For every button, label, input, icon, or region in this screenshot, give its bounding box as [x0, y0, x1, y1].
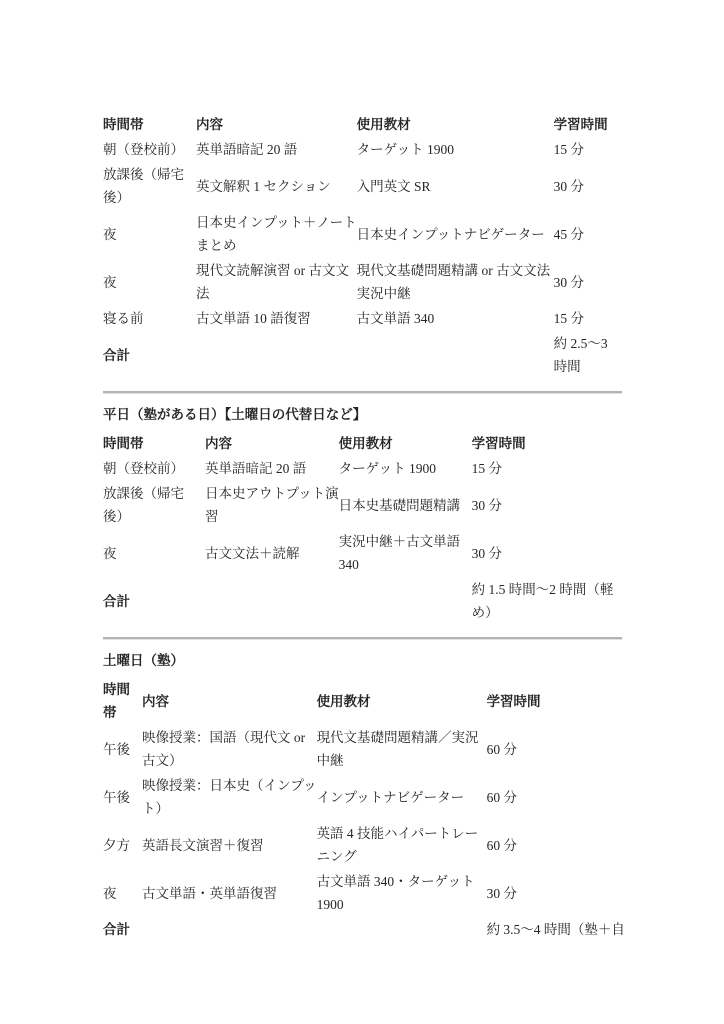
table-cell: 映像授業：日本史（インプッ ト） — [142, 773, 317, 821]
row-label: 合計 — [103, 917, 142, 942]
table-row: 寝る前古文単語 10 語復習古文単語 34015 分 — [103, 306, 644, 331]
column-header: 使用教材 — [317, 677, 487, 725]
table-cell — [196, 331, 357, 379]
table-cell: 古文単語・英単語復習 — [142, 869, 317, 917]
section-saturday-juku: 土曜日（塾） 時間 帯内容使用教材学習時間 午後映像授業：国語（現代文 or 古… — [103, 649, 724, 942]
table-cell: 英語 4 技能ハイパートレー ニング — [317, 821, 487, 869]
table-row: 合計約 1.5 時間～2 時間（軽 め） — [103, 577, 632, 625]
table-row: 夜古文文法＋読解実況中継＋古文単語 34030 分 — [103, 529, 632, 577]
row-label: 合計 — [103, 577, 205, 625]
table-cell: 古文文法＋読解 — [205, 529, 339, 577]
table-cell: 英文解釈 1 セクション — [196, 162, 357, 210]
table-row: 午後映像授業：日本史（インプッ ト）インプットナビゲーター60 分 — [103, 773, 647, 821]
column-header: 学習時間 — [554, 112, 644, 137]
schedule-table-saturday-juku: 時間 帯内容使用教材学習時間 午後映像授業：国語（現代文 or 古文）現代文基礎… — [103, 677, 647, 942]
table-cell: 30 分 — [472, 481, 632, 529]
row-label: 午後 — [103, 725, 142, 773]
table-cell: 日本史基礎問題精講 — [339, 481, 472, 529]
table-cell: 英語長文演習＋復習 — [142, 821, 317, 869]
table-row: 朝（登校前）英単語暗記 20 語ターゲット 190015 分 — [103, 456, 632, 481]
table-cell — [205, 577, 339, 625]
section-heading-weekday-juku: 平日（塾がある日）【土曜日の代替日など】 — [103, 403, 724, 427]
table-cell: 日本史インプットナビゲーター — [357, 210, 554, 258]
column-header: 内容 — [205, 431, 339, 456]
table-cell: 古文単語 340・ターゲット 1900 — [317, 869, 487, 917]
column-header: 使用教材 — [357, 112, 554, 137]
table-row: 夜現代文読解演習 or 古文文 法現代文基礎問題精講 or 古文文法 実況中継3… — [103, 258, 644, 306]
schedule-table-weekday-normal: 時間帯内容使用教材学習時間 朝（登校前）英単語暗記 20 語ターゲット 1900… — [103, 112, 644, 379]
table-cell: 現代文読解演習 or 古文文 法 — [196, 258, 357, 306]
document-page: 時間帯内容使用教材学習時間 朝（登校前）英単語暗記 20 語ターゲット 1900… — [0, 0, 724, 1024]
table-cell: 15 分 — [472, 456, 632, 481]
column-header: 使用教材 — [339, 431, 472, 456]
table-cell — [317, 917, 487, 942]
table-cell: 英単語暗記 20 語 — [196, 137, 357, 162]
row-label: 朝（登校前） — [103, 137, 196, 162]
row-label: 夜 — [103, 258, 196, 306]
table-cell: 60 分 — [487, 725, 647, 773]
table-cell: 約 3.5～4 時間（塾＋自 — [487, 917, 647, 942]
table-cell: 入門英文 SR — [357, 162, 554, 210]
table-cell: 15 分 — [554, 137, 644, 162]
table-row: 合計約 3.5～4 時間（塾＋自 — [103, 917, 647, 942]
table-cell: 15 分 — [554, 306, 644, 331]
schedule-table-weekday-juku: 時間帯内容使用教材学習時間 朝（登校前）英単語暗記 20 語ターゲット 1900… — [103, 431, 632, 625]
table-cell: 英単語暗記 20 語 — [205, 456, 339, 481]
table-header-row: 時間帯内容使用教材学習時間 — [103, 431, 632, 456]
table-cell: 約 1.5 時間～2 時間（軽 め） — [472, 577, 632, 625]
table-cell: 30 分 — [554, 258, 644, 306]
row-label: 寝る前 — [103, 306, 196, 331]
column-header: 時間帯 — [103, 431, 205, 456]
column-header: 内容 — [142, 677, 317, 725]
table-header-row: 時間 帯内容使用教材学習時間 — [103, 677, 647, 725]
table-cell: 45 分 — [554, 210, 644, 258]
table-row: 合計約 2.5～3 時間 — [103, 331, 644, 379]
table-row: 夕方英語長文演習＋復習英語 4 技能ハイパートレー ニング60 分 — [103, 821, 647, 869]
column-header: 学習時間 — [487, 677, 647, 725]
row-label: 夜 — [103, 210, 196, 258]
table-cell: 日本史アウトプット演 習 — [205, 481, 339, 529]
table-cell — [142, 917, 317, 942]
table-cell: インプットナビゲーター — [317, 773, 487, 821]
row-label: 午後 — [103, 773, 142, 821]
column-header: 内容 — [196, 112, 357, 137]
row-label: 放課後（帰宅 後） — [103, 162, 196, 210]
section-weekday-juku: 平日（塾がある日）【土曜日の代替日など】 時間帯内容使用教材学習時間 朝（登校前… — [103, 403, 724, 625]
table-cell: 古文単語 10 語復習 — [196, 306, 357, 331]
row-label: 夜 — [103, 869, 142, 917]
column-header: 時間帯 — [103, 112, 196, 137]
row-label: 合計 — [103, 331, 196, 379]
section-divider — [103, 637, 622, 640]
table-cell: 実況中継＋古文単語 340 — [339, 529, 472, 577]
column-header: 学習時間 — [472, 431, 632, 456]
table-cell — [357, 331, 554, 379]
row-label: 夕方 — [103, 821, 142, 869]
section-divider — [103, 391, 622, 394]
table-cell: 現代文基礎問題精講／実況 中継 — [317, 725, 487, 773]
table-cell: 約 2.5～3 時間 — [554, 331, 644, 379]
section-heading-saturday-juku: 土曜日（塾） — [103, 649, 724, 673]
table-cell: 現代文基礎問題精講 or 古文文法 実況中継 — [357, 258, 554, 306]
table-cell: 古文単語 340 — [357, 306, 554, 331]
table-row: 夜古文単語・英単語復習古文単語 340・ターゲット 190030 分 — [103, 869, 647, 917]
table-cell — [339, 577, 472, 625]
table-row: 夜日本史インプット＋ノート まとめ日本史インプットナビゲーター45 分 — [103, 210, 644, 258]
table-row: 朝（登校前）英単語暗記 20 語ターゲット 190015 分 — [103, 137, 644, 162]
section-weekday-normal: 時間帯内容使用教材学習時間 朝（登校前）英単語暗記 20 語ターゲット 1900… — [103, 112, 724, 379]
row-label: 放課後（帰宅 後） — [103, 481, 205, 529]
table-header-row: 時間帯内容使用教材学習時間 — [103, 112, 644, 137]
table-cell: 30 分 — [487, 869, 647, 917]
row-label: 夜 — [103, 529, 205, 577]
table-cell: 60 分 — [487, 821, 647, 869]
table-cell: 映像授業：国語（現代文 or 古文） — [142, 725, 317, 773]
table-row: 午後映像授業：国語（現代文 or 古文）現代文基礎問題精講／実況 中継60 分 — [103, 725, 647, 773]
table-cell: 30 分 — [554, 162, 644, 210]
row-label: 朝（登校前） — [103, 456, 205, 481]
table-row: 放課後（帰宅 後）日本史アウトプット演 習日本史基礎問題精講30 分 — [103, 481, 632, 529]
table-cell: ターゲット 1900 — [339, 456, 472, 481]
table-cell: ターゲット 1900 — [357, 137, 554, 162]
table-row: 放課後（帰宅 後）英文解釈 1 セクション入門英文 SR30 分 — [103, 162, 644, 210]
table-cell: 60 分 — [487, 773, 647, 821]
table-cell: 30 分 — [472, 529, 632, 577]
column-header: 時間 帯 — [103, 677, 142, 725]
table-cell: 日本史インプット＋ノート まとめ — [196, 210, 357, 258]
